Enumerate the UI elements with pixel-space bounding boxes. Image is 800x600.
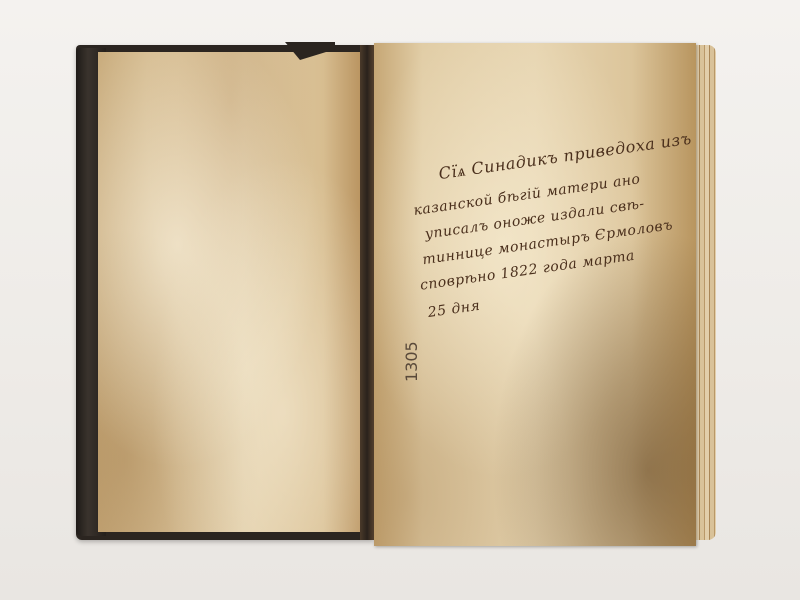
shelfmark-number: 1305 — [402, 341, 421, 382]
open-book: Сїѧ Синадикъ приведоха изъ казанской бѣг… — [0, 0, 800, 600]
inscription-line: 25 дня — [427, 298, 481, 321]
left-pastedown-page — [98, 52, 363, 532]
